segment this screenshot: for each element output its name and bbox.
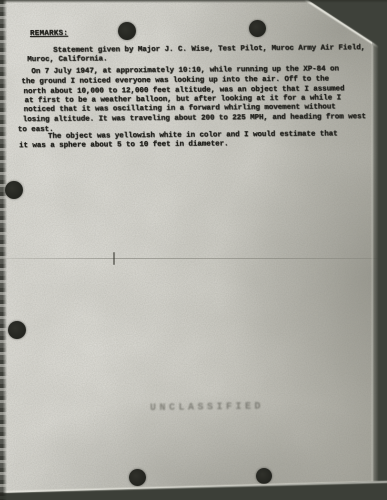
punch-hole	[129, 469, 146, 486]
text-line: Muroc, California.	[27, 55, 107, 64]
punch-hole	[256, 468, 272, 484]
faint-stamp: UNCLASSIFIED	[150, 401, 310, 414]
text-line: noticed that it was oscillating in a for…	[24, 103, 336, 114]
punch-hole	[249, 20, 266, 37]
text-line: The object was yellowish white in color …	[48, 130, 338, 141]
typewritten-text: REMARKS: Statement given by Major J. C. …	[0, 0, 387, 500]
punch-hole	[8, 321, 26, 339]
text-line: the ground I noticed everyone was lookin…	[21, 75, 329, 86]
text-line: losing altitude. It was traveling about …	[23, 113, 366, 124]
remarks-heading: REMARKS:	[30, 30, 68, 38]
scanned-document-page: REMARKS: Statement given by Major J. C. …	[0, 0, 387, 500]
text-line: Statement given by Major J. C. Wise, Tes…	[53, 44, 365, 55]
punch-hole	[5, 181, 23, 199]
text-line: it was a sphere about 5 to 10 feet in di…	[19, 140, 229, 150]
punch-hole	[118, 22, 136, 40]
text-line: On 7 July 1947, at approximately 10:10, …	[31, 65, 339, 76]
